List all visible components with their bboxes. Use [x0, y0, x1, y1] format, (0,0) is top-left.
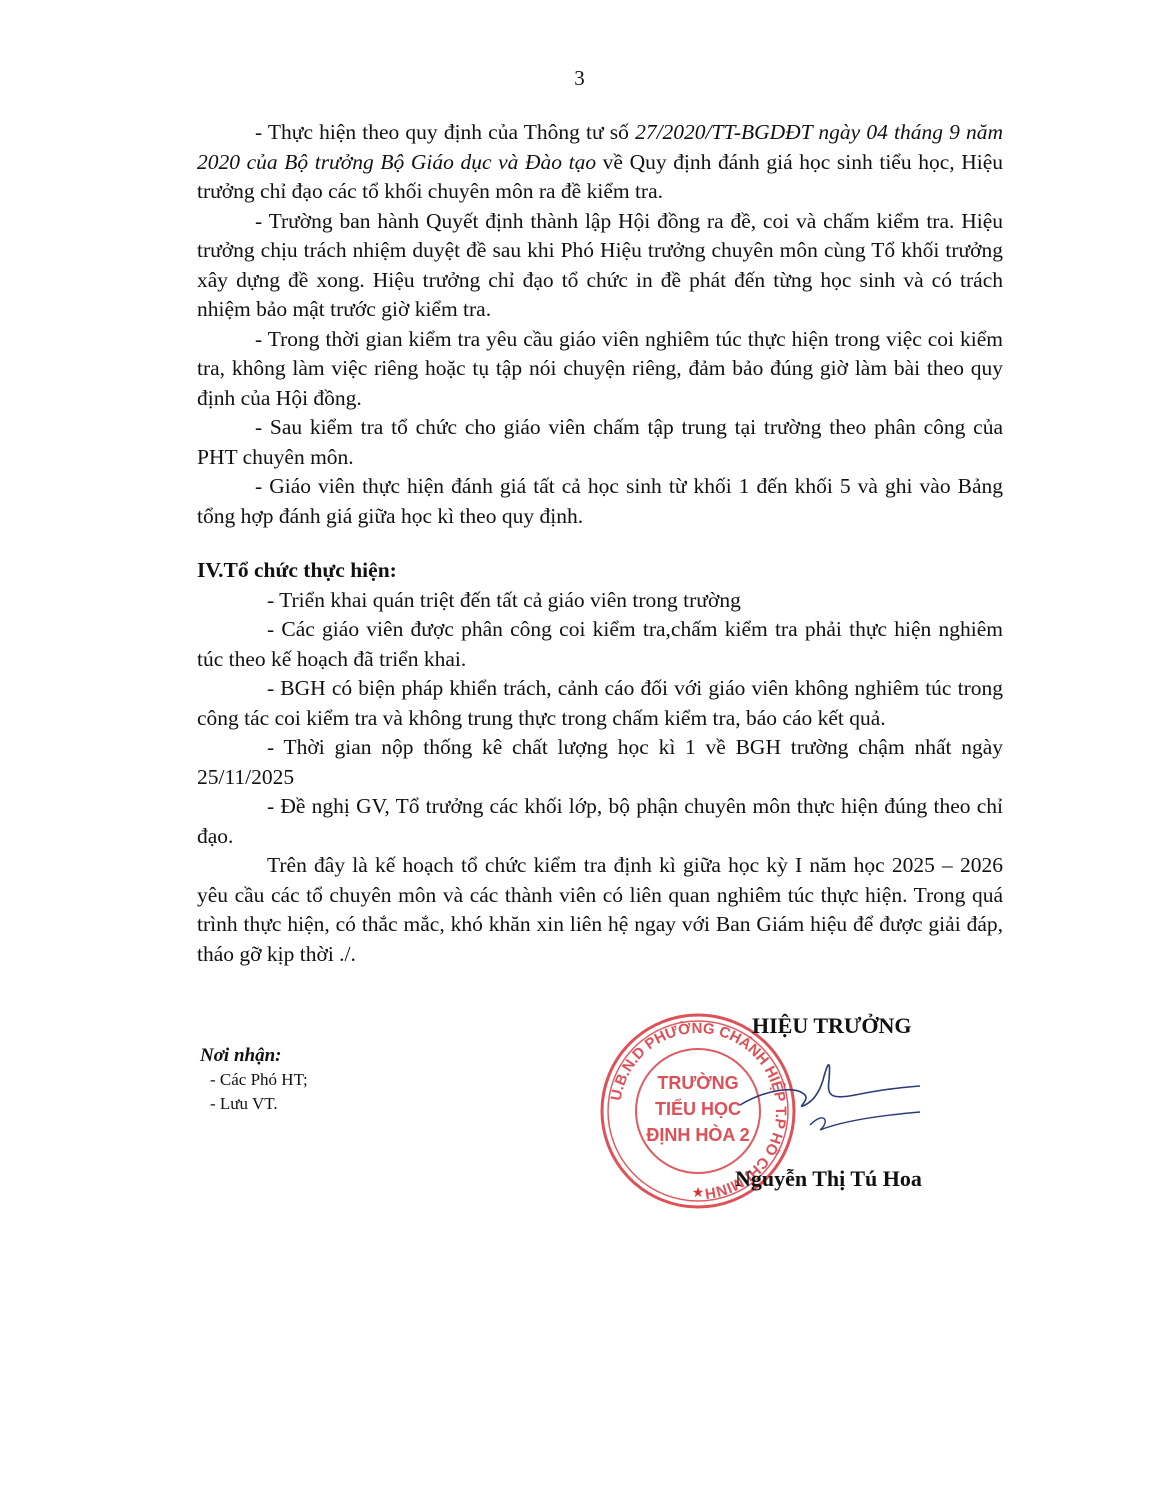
paragraph-text: - Thực hiện theo quy định của Thông tư s… — [255, 120, 635, 144]
signature-title: HIỆU TRƯỞNG — [752, 1013, 912, 1039]
section-iv-item: - Các giáo viên được phân công coi kiểm … — [197, 615, 1003, 674]
recipients-block: Nơi nhận: - Các Phó HT; - Lưu VT. — [200, 1044, 308, 1116]
section-iv-heading: IV.Tổ chức thực hiện: — [197, 556, 1003, 586]
stamp-line1: TRƯỜNG — [657, 1072, 738, 1093]
section-iv-item: - Triển khai quán triệt đến tất cả giáo … — [197, 586, 1003, 616]
star-icon: ★ — [692, 1185, 705, 1201]
recipient-item: - Các Phó HT; — [200, 1068, 308, 1092]
paragraph-invigilation: - Trong thời gian kiểm tra yêu cầu giáo … — [197, 325, 1003, 414]
section-iv-item: - BGH có biện pháp khiển trách, cảnh cáo… — [197, 674, 1003, 733]
paragraph-evaluation: - Giáo viên thực hiện đánh giá tất cả họ… — [197, 472, 1003, 531]
paragraph-council: - Trường ban hành Quyết định thành lập H… — [197, 207, 1003, 325]
page-number: 3 — [0, 66, 1159, 91]
stamp-line2: TIỂU HỌC — [655, 1098, 741, 1119]
section-iv: IV.Tổ chức thực hiện: - Triển khai quán … — [197, 556, 1003, 969]
paragraph-circular: - Thực hiện theo quy định của Thông tư s… — [197, 118, 1003, 207]
paragraph-grading: - Sau kiểm tra tổ chức cho giáo viên chấ… — [197, 413, 1003, 472]
recipients-title: Nơi nhận: — [200, 1044, 308, 1068]
section-iii-body: - Thực hiện theo quy định của Thông tư s… — [197, 118, 1003, 531]
handwritten-signature-icon — [735, 1050, 925, 1145]
section-iv-item: - Đề nghị GV, Tổ trưởng các khối lớp, bộ… — [197, 792, 1003, 851]
section-iv-item: - Thời gian nộp thống kê chất lượng học … — [197, 733, 1003, 792]
recipient-item: - Lưu VT. — [200, 1092, 308, 1116]
signer-name: Nguyễn Thị Tú Hoa — [735, 1166, 922, 1192]
closing-paragraph: Trên đây là kế hoạch tổ chức kiểm tra đị… — [197, 851, 1003, 969]
